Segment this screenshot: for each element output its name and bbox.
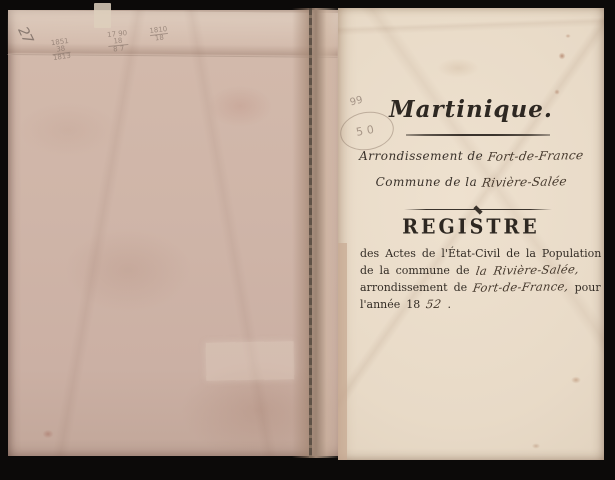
book-spine (292, 8, 340, 458)
arrondissement-line: Arrondissement de Fort-de-France (338, 150, 604, 162)
line3-tail: pour (575, 281, 601, 294)
commune-printed-label: Commune de la (376, 175, 478, 189)
commune-handwritten-value: Rivière-Salée (481, 175, 568, 188)
description-line-3: arrondissement de Fort-de-France, pour (360, 279, 596, 296)
spine-glue-strip (338, 243, 347, 460)
line2-handwritten: la Rivière-Salée, (474, 261, 580, 280)
left-page: 27 1851 38 1813 17 90 18 8 7 1810 18 (8, 10, 338, 456)
description-line-4: l'année 18 52 . (360, 296, 596, 313)
commune-line: Commune de la Rivière-Salée (338, 176, 604, 188)
arrondissement-handwritten-value: Fort-de-France (487, 149, 584, 163)
line3-handwritten: Fort-de-France, (472, 278, 570, 297)
diamond-ornament-icon (473, 205, 482, 214)
label-residue-patch (206, 341, 295, 381)
description-line-2: de la commune de la Rivière-Salée, (360, 262, 596, 279)
register-description: des Actes de l'État-Civil de la Populati… (360, 245, 596, 313)
territory-title: Martinique. (338, 96, 604, 124)
line4-handwritten-year: 52 (425, 296, 443, 313)
line4-printed: l'année 18 (360, 298, 420, 311)
binding-stitch-line (309, 8, 312, 458)
left-page-stains (8, 10, 338, 456)
line2-printed: de la commune de (360, 264, 470, 277)
line3-printed: arrondissement de (360, 281, 467, 294)
pencil-calculation-middle: 17 90 18 8 7 (107, 30, 129, 54)
title-page: 99 50 Martinique. Arrondissement de Fort… (338, 8, 604, 460)
register-heading: REGISTRE (338, 216, 604, 239)
pencil-calculation-left: 1851 38 1813 (51, 38, 72, 62)
paper-tab (94, 3, 111, 28)
line4-tail: . (448, 298, 452, 311)
archival-scan: 27 1851 38 1813 17 90 18 8 7 1810 18 99 … (0, 0, 615, 480)
arrondissement-printed-label: Arrondissement de (359, 149, 483, 163)
divider-rule (406, 134, 550, 136)
pencil-calc-line: 1813 (53, 52, 72, 62)
divider-rule-ornamented (404, 209, 552, 210)
description-line-1: des Actes de l'État-Civil de la Populati… (360, 245, 596, 262)
pencil-calculation-right: 1810 18 (149, 26, 169, 43)
